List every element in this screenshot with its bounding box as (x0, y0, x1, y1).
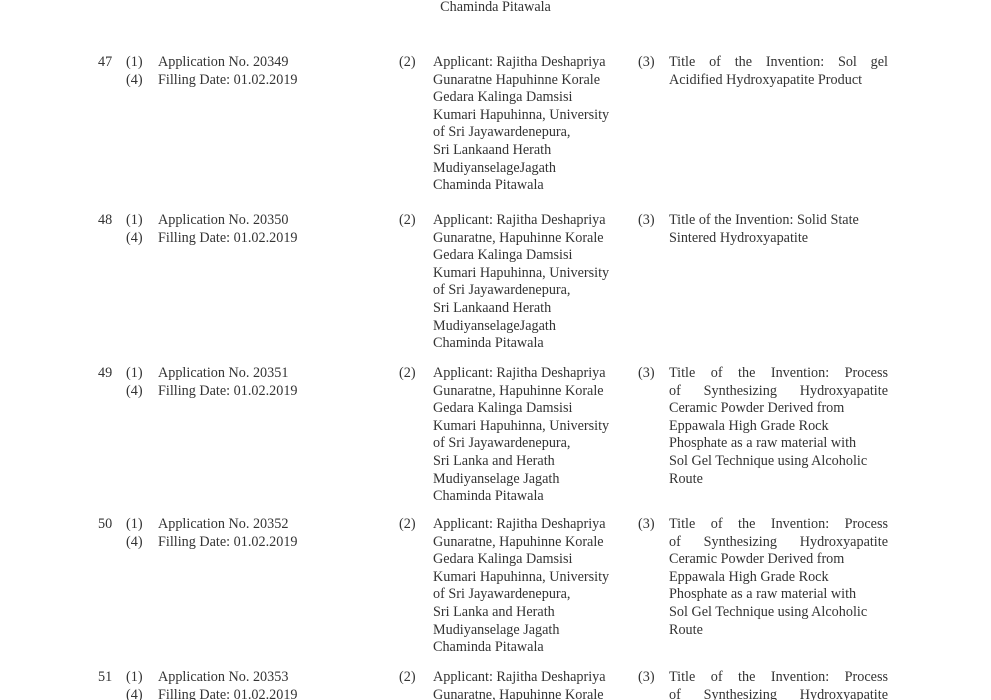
applicant-line: of Sri Jayawardenepura, (433, 586, 633, 604)
applicant-line: Gunaratne Hapuhinne Korale (433, 72, 633, 90)
applicant-line: Applicant: Rajitha Deshapriya (433, 516, 633, 534)
applicant-line: Kumari Hapuhinna, University (433, 569, 633, 587)
invention-title-line: Ceramic Powder Derived from (669, 400, 888, 418)
applicant-line: Applicant: Rajitha Deshapriya (433, 54, 633, 72)
filing-date-label: (4) (126, 230, 152, 248)
applicant-line: Sri Lanka and Herath (433, 604, 633, 622)
entry-number: 48 (98, 212, 118, 230)
filing-date-label: (4) (126, 383, 152, 401)
applicant-line: Chaminda Pitawala (433, 639, 633, 657)
invention-title-line: Sintered Hydroxyapatite (669, 230, 888, 248)
entry-number: 49 (98, 365, 118, 383)
applicant-line: Gunaratne, Hapuhinne Korale (433, 534, 633, 552)
applicant-line: Gedara Kalinga Damsisi (433, 89, 633, 107)
application-no-label: (1) (126, 516, 152, 534)
entry-number: 47 (98, 54, 118, 72)
applicant-line: MudiyanselageJagath (433, 160, 633, 178)
filing-date-label: (4) (126, 534, 152, 552)
applicant-line: Gunaratne, Hapuhinne Korale (433, 383, 633, 401)
invention-title-line: Title of the Invention: Process (669, 669, 888, 687)
filing-date-label: (4) (126, 687, 152, 700)
filing-date: Filling Date: 01.02.2019 (158, 72, 388, 90)
invention-title-line: Acidified Hydroxyapatite Product (669, 72, 888, 90)
applicant-names: Applicant: Rajitha DeshapriyaGunaratne H… (433, 54, 633, 195)
invention-title-line: Phosphate as a raw material with (669, 435, 888, 453)
invention-title-line: Title of the Invention: Process (669, 516, 888, 534)
invention-title-line: Route (669, 622, 888, 640)
invention-title-line: of Synthesizing Hydroxyapatite (669, 383, 888, 401)
applicant-label: (2) (399, 212, 425, 230)
applicant-line: of Sri Jayawardenepura, (433, 435, 633, 453)
entry-number: 50 (98, 516, 118, 534)
applicant-names: Applicant: Rajitha DeshapriyaGunaratne, … (433, 212, 633, 353)
invention-title-line: Sol Gel Technique using Alcoholic (669, 604, 888, 622)
invention-title-line: of Synthesizing Hydroxyapatite (669, 687, 888, 700)
applicant-line: Gedara Kalinga Damsisi (433, 551, 633, 569)
applicant-line: of Sri Jayawardenepura, (433, 282, 633, 300)
invention-title-line: Phosphate as a raw material with (669, 586, 888, 604)
applicant-line: Kumari Hapuhinna, University (433, 418, 633, 436)
entry-number: 51 (98, 669, 118, 687)
invention-title-label: (3) (638, 365, 664, 383)
applicant-label: (2) (399, 516, 425, 534)
invention-title-line: Ceramic Powder Derived from (669, 551, 888, 569)
invention-title-line: Title of the Invention: Solid State (669, 212, 888, 230)
applicant-label: (2) (399, 365, 425, 383)
applicant-line: Applicant: Rajitha Deshapriya (433, 365, 633, 383)
invention-title-line: Sol Gel Technique using Alcoholic (669, 453, 888, 471)
applicant-line: Sri Lankaand Herath (433, 300, 633, 318)
invention-title: Title of the Invention: Sol gelAcidified… (669, 54, 888, 89)
applicant-line: Gunaratne, Hapuhinne Korale (433, 230, 633, 248)
applicant-line: Applicant: Rajitha Deshapriya (433, 669, 633, 687)
applicant-line: Kumari Hapuhinna, University (433, 265, 633, 283)
applicant-names: Applicant: Rajitha DeshapriyaGunaratne, … (433, 669, 633, 700)
continued-applicant-name: Chaminda Pitawala (0, 0, 991, 17)
applicant-line: Sri Lanka and Herath (433, 453, 633, 471)
applicant-line: MudiyanselageJagath (433, 318, 633, 336)
application-number: Application No. 20353 (158, 669, 388, 687)
filing-date: Filling Date: 01.02.2019 (158, 534, 388, 552)
applicant-names: Applicant: Rajitha DeshapriyaGunaratne, … (433, 365, 633, 506)
invention-title-label: (3) (638, 212, 664, 230)
filing-date: Filling Date: 01.02.2019 (158, 230, 388, 248)
applicant-line: Gedara Kalinga Damsisi (433, 400, 633, 418)
applicant-names: Applicant: Rajitha DeshapriyaGunaratne, … (433, 516, 633, 657)
invention-title-label: (3) (638, 669, 664, 687)
application-no-label: (1) (126, 54, 152, 72)
invention-title-line: Title of the Invention: Process (669, 365, 888, 383)
filing-date-label: (4) (126, 72, 152, 90)
invention-title: Title of the Invention: Processof Synthe… (669, 516, 888, 639)
applicant-line: Gedara Kalinga Damsisi (433, 247, 633, 265)
application-number: Application No. 20352 (158, 516, 388, 534)
applicant-line: Chaminda Pitawala (433, 488, 633, 506)
applicant-line: Mudiyanselage Jagath (433, 471, 633, 489)
filing-date: Filling Date: 01.02.2019 (158, 687, 388, 700)
application-number: Application No. 20350 (158, 212, 388, 230)
applicant-line: Applicant: Rajitha Deshapriya (433, 212, 633, 230)
invention-title-line: Route (669, 471, 888, 489)
application-no-label: (1) (126, 669, 152, 687)
invention-title-line: Title of the Invention: Sol gel (669, 54, 888, 72)
applicant-line: Gunaratne, Hapuhinne Korale (433, 687, 633, 700)
application-no-label: (1) (126, 212, 152, 230)
applicant-line: Chaminda Pitawala (433, 335, 633, 353)
invention-title: Title of the Invention: Processof Synthe… (669, 365, 888, 488)
invention-title-line: Eppawala High Grade Rock (669, 569, 888, 587)
invention-title-line: of Synthesizing Hydroxyapatite (669, 534, 888, 552)
invention-title-label: (3) (638, 54, 664, 72)
applicant-line: Mudiyanselage Jagath (433, 622, 633, 640)
application-no-label: (1) (126, 365, 152, 383)
application-number: Application No. 20351 (158, 365, 388, 383)
applicant-line: Kumari Hapuhinna, University (433, 107, 633, 125)
applicant-line: Sri Lankaand Herath (433, 142, 633, 160)
applicant-line: of Sri Jayawardenepura, (433, 124, 633, 142)
invention-title-line: Eppawala High Grade Rock (669, 418, 888, 436)
filing-date: Filling Date: 01.02.2019 (158, 383, 388, 401)
invention-title-label: (3) (638, 516, 664, 534)
invention-title: Title of the Invention: Processof Synthe… (669, 669, 888, 700)
applicant-line: Chaminda Pitawala (433, 177, 633, 195)
application-number: Application No. 20349 (158, 54, 388, 72)
applicant-label: (2) (399, 669, 425, 687)
applicant-label: (2) (399, 54, 425, 72)
invention-title: Title of the Invention: Solid StateSinte… (669, 212, 888, 247)
